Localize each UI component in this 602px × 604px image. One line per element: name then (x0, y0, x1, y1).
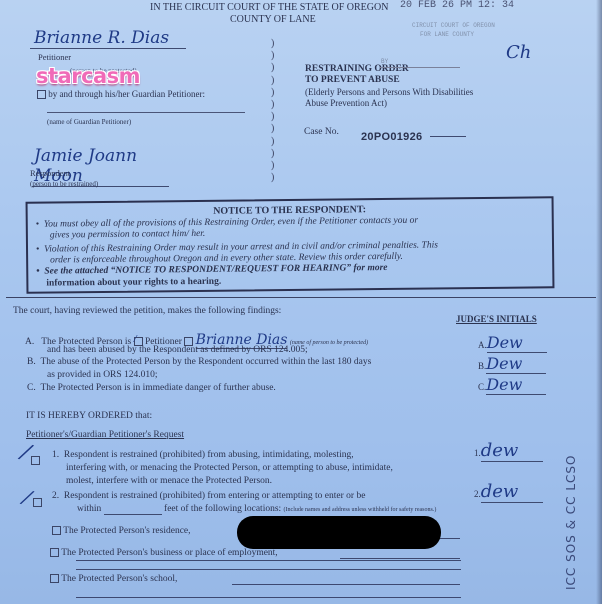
notice-bullet-1-cont: gives you permission to contact him/ her… (50, 229, 206, 241)
stamp-line (380, 67, 460, 68)
stamp-subline-1: CIRCUIT COURT OF OREGON (412, 22, 495, 29)
order-item-2-line-2: within feet of the following locations: … (77, 504, 436, 515)
notice-bullet-3-cont: information about your rights to a heari… (46, 277, 221, 289)
location-employment-line[interactable] (340, 558, 460, 559)
starcasm-watermark: starcasm (36, 64, 140, 88)
location-employment-checkbox[interactable] (50, 548, 59, 557)
initials-c: C.Dew (478, 375, 546, 395)
finding-c: C. The Protected Person is in immediate … (27, 383, 276, 393)
order-title-line-2: TO PREVENT ABUSE (305, 75, 409, 86)
order-item-1-line-3: molest, interfere with or menace the Pro… (66, 476, 272, 486)
order-item-1-line-2: interfering with, or menacing the Protec… (66, 463, 393, 473)
location-employment-line-2 (76, 569, 461, 570)
guardian-checkbox[interactable] (37, 90, 46, 99)
location-school-checkbox[interactable] (50, 574, 59, 583)
order-heading: IT IS HEREBY ORDERED that: (26, 411, 152, 421)
finding-b-cont: as provided in ORS 124.010; (47, 370, 158, 380)
margin-note: ICC SOS & CC LCSO (564, 440, 578, 590)
location-school-line-2 (76, 597, 461, 598)
location-employment: The Protected Person's business or place… (50, 548, 278, 558)
order-subtitle-line-2: Abuse Prevention Act) (305, 98, 473, 109)
finding-b: B. The abuse of the Protected Person by … (27, 357, 371, 367)
section-divider (6, 297, 596, 298)
order-item-2-hint: (Include names and address unless withhe… (284, 507, 437, 513)
petitioner-name: Brianne R. Dias (30, 28, 186, 49)
case-no-label: Case No. (304, 127, 339, 137)
clerk-initials: Ch (506, 42, 531, 63)
filing-stamp: 20 FEB 26 PM 12: 34 (400, 0, 514, 11)
order-item-2: 2. Respondent is restrained (prohibited)… (52, 491, 365, 501)
feet-distance-field[interactable] (104, 504, 162, 515)
judges-initials-header: JUDGE'S INITIALS (456, 314, 537, 324)
initials-a: A.Dew (478, 333, 547, 353)
respondent-label: Respondent (30, 168, 70, 178)
location-residence-checkbox[interactable] (52, 526, 61, 535)
stamp-subline-2: FOR LANE COUNTY (420, 31, 474, 38)
finding-a-cont: and has been abused by the Respondent as… (47, 345, 308, 355)
order-title-line-1: RESTRAINING ORDER (305, 64, 409, 75)
page-edge (596, 0, 602, 604)
guardian-name-label: (name of Guardian Petitioner) (47, 118, 131, 126)
location-school-line[interactable] (232, 584, 460, 585)
findings-intro: The court, having reviewed the petition,… (13, 306, 281, 316)
order-item-1-initials: 1.dew (474, 440, 543, 462)
location-school: The Protected Person's school, (50, 574, 177, 584)
guardian-name-line[interactable] (47, 112, 245, 113)
order-subtitle: (Elderly Persons and Persons With Disabi… (305, 87, 473, 109)
notice-box: NOTICE TO THE RESPONDENT: • You must obe… (26, 196, 555, 294)
case-number-line (430, 136, 466, 137)
order-item-2-initials: 2.dew (474, 481, 543, 503)
guardian-option: by and through his/her Guardian Petition… (37, 89, 205, 99)
order-item-1: 1. Respondent is restrained (prohibited)… (52, 450, 354, 460)
location-residence-line-2 (76, 560, 461, 561)
order-item-1-checkbox[interactable] (31, 451, 40, 469)
order-item-2-checkbox[interactable] (33, 493, 42, 511)
respondent-sublabel: (person to be restrained) (30, 180, 98, 188)
order-subtitle-line-1: (Elderly Persons and Persons With Disabi… (305, 87, 473, 98)
redaction-bar (237, 516, 441, 549)
initials-b: B.Dew (478, 354, 546, 374)
caption-parens: ))))) ))))) )) (271, 38, 274, 184)
court-line-2: COUNTY OF LANE (230, 14, 316, 25)
court-line-1: IN THE CIRCUIT COURT OF THE STATE OF ORE… (150, 2, 388, 13)
petitioner-label: Petitioner (38, 52, 71, 62)
guardian-option-label: by and through his/her Guardian Petition… (48, 89, 205, 99)
order-subheading: Petitioner's/Guardian Petitioner's Reque… (26, 430, 184, 440)
location-residence: The Protected Person's residence, (52, 526, 191, 536)
case-number: 20PO01926 (361, 131, 422, 143)
